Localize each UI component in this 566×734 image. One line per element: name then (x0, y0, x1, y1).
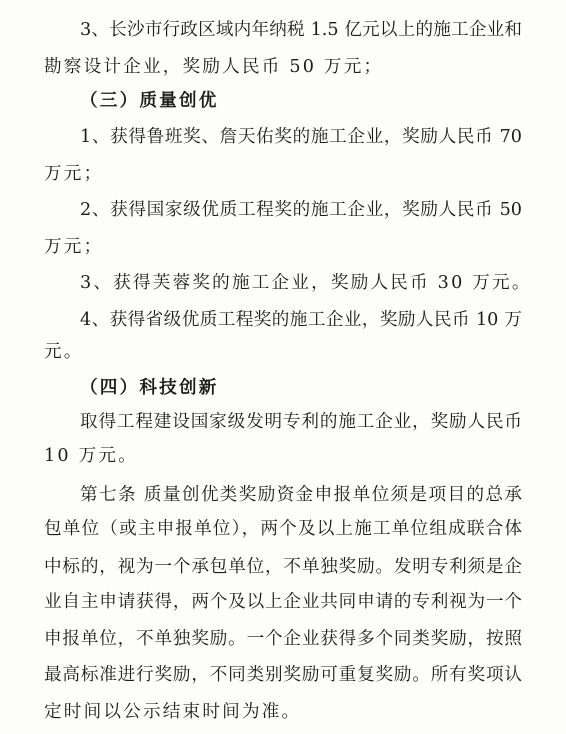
text-line: 4、获得省级优质工程奖的施工企业，奖励人民币 10 万 (80, 308, 522, 332)
text-line: 3、长沙市行政区域内年纳税 1.5 亿元以上的施工企业和 (80, 18, 522, 42)
text-line: 申报单位，不单独奖励。一个企业获得多个同类奖励，按照 (44, 627, 522, 651)
text-line: 包单位（或主申报单位），两个及以上施工单位组成联合体 (44, 517, 522, 541)
text-line: 最高标准进行奖励，不同类别奖励可重复奖励。所有奖项认 (44, 663, 522, 687)
text-line: 1、获得鲁班奖、詹天佑奖的施工企业，奖励人民币 70 (80, 125, 522, 149)
document-page: 3、长沙市行政区域内年纳税 1.5 亿元以上的施工企业和勘察设计企业，奖励人民币… (0, 0, 566, 734)
text-line: 定时间以公示结束时间为准。 (44, 700, 522, 724)
text-line: 中标的，视为一个承包单位，不单独奖励。发明专利须是企 (44, 555, 522, 579)
text-line: 10 万元。 (44, 444, 522, 468)
text-line: 元。 (44, 340, 522, 364)
text-line: 万元； (44, 235, 522, 259)
text-line: 第七条 质量创优类奖励资金申报单位须是项目的总承 (80, 483, 522, 507)
section-heading: （四）科技创新 (80, 376, 522, 400)
text-line: 勘察设计企业，奖励人民币 50 万元； (44, 55, 522, 79)
text-line: 业自主申请获得，两个及以上企业共同申请的专利视为一个 (44, 590, 522, 614)
text-line: 3、获得芙蓉奖的施工企业，奖励人民币 30 万元。 (80, 271, 522, 295)
text-line: 万元； (44, 162, 522, 186)
text-line: 2、获得国家级优质工程奖的施工企业，奖励人民币 50 (80, 198, 522, 222)
text-line: 取得工程建设国家级发明专利的施工企业，奖励人民币 (80, 410, 522, 434)
section-heading: （三）质量创优 (80, 89, 522, 113)
